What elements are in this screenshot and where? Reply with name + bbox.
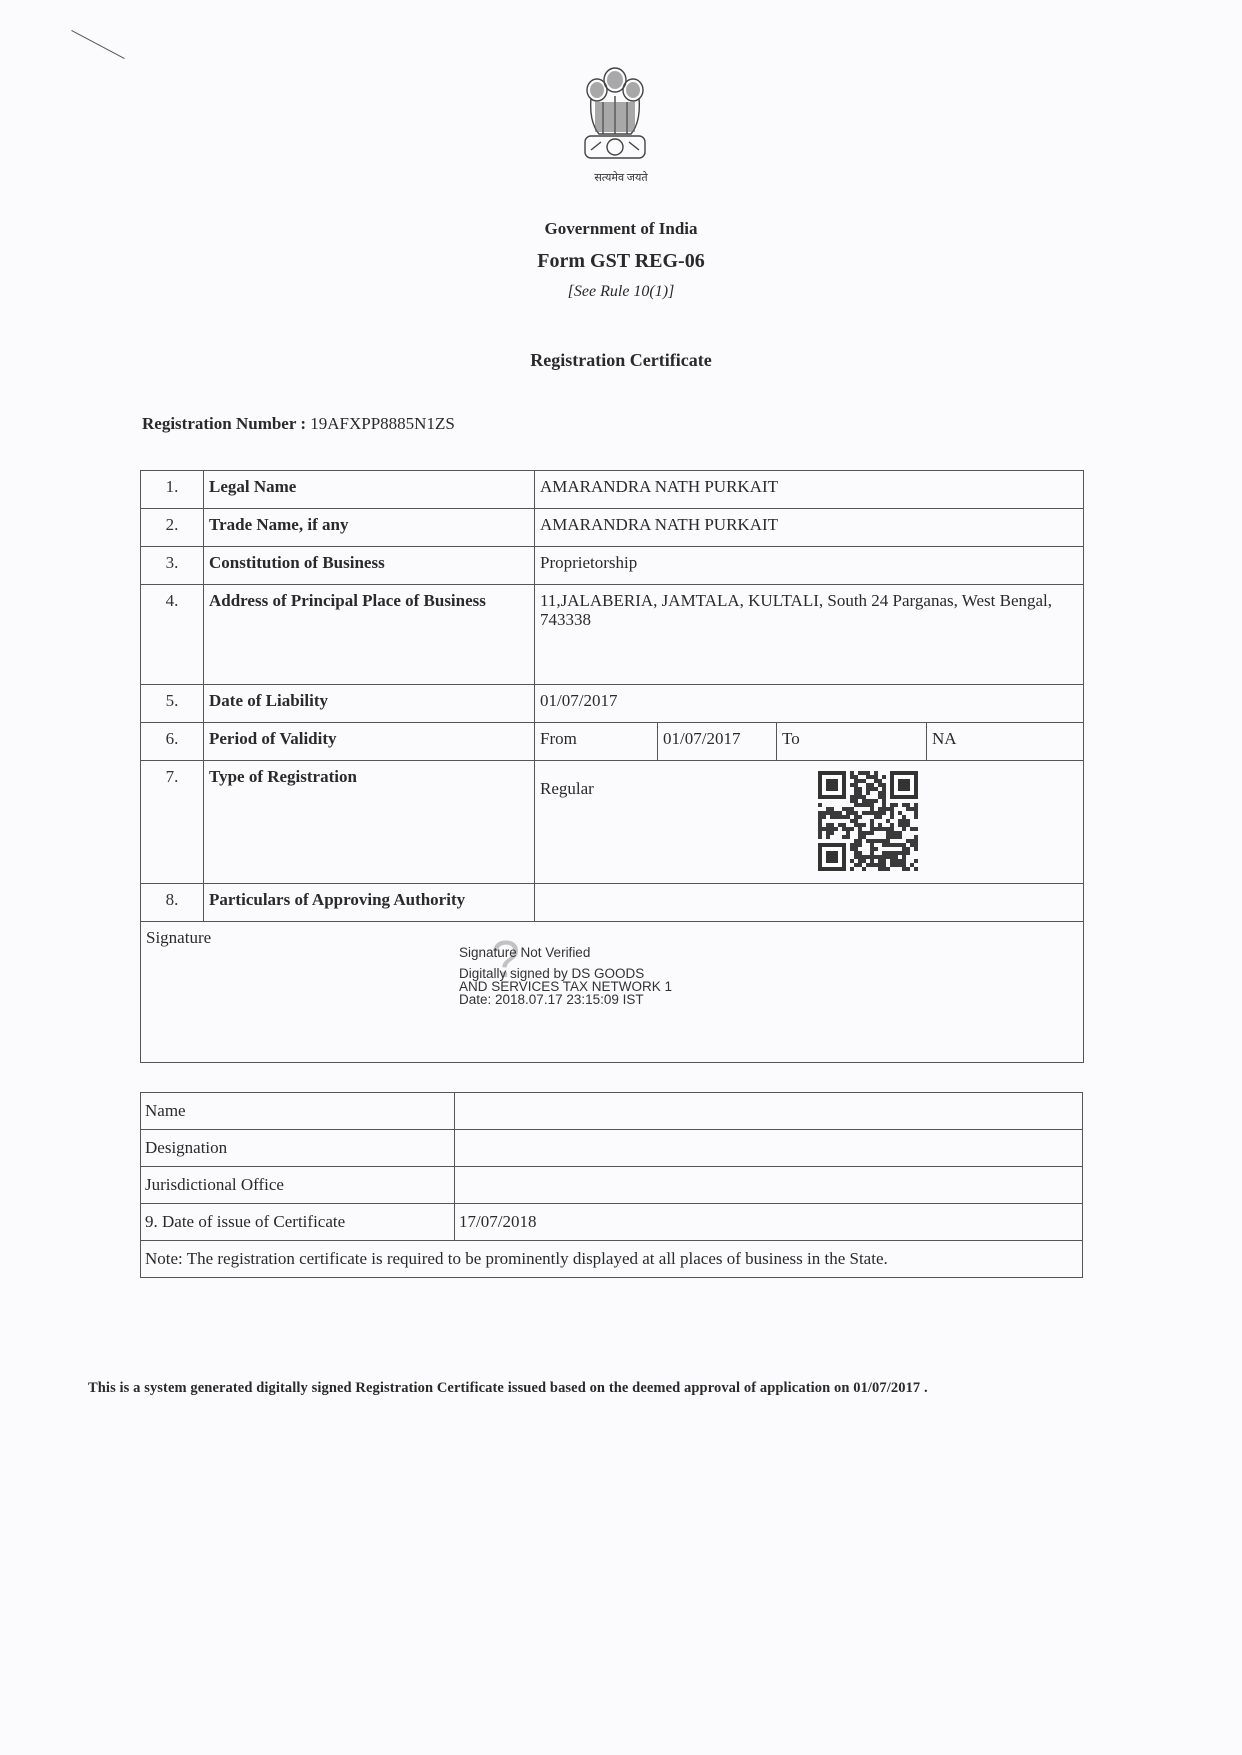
validity-from-value: 01/07/2017: [658, 723, 777, 761]
emblem-motto: सत्यमेव जयते: [0, 170, 1242, 185]
table-row: 6. Period of Validity From 01/07/2017 To…: [141, 723, 1084, 761]
liability-date-value: 01/07/2017: [535, 685, 1084, 723]
rule-reference: [See Rule 10(1)]: [0, 283, 1242, 301]
validity-to-value: NA: [927, 723, 1084, 761]
document-title: Registration Certificate: [0, 350, 1242, 371]
qr-code-icon: [818, 771, 918, 871]
table-row: 3. Constitution of Business Proprietorsh…: [141, 547, 1084, 585]
table-row: 5. Date of Liability 01/07/2017: [141, 685, 1084, 723]
row-number: 8.: [141, 884, 204, 922]
jurisdictional-office-value: [455, 1167, 1083, 1204]
table-row: 2. Trade Name, if any AMARANDRA NATH PUR…: [141, 509, 1084, 547]
government-heading: Government of India: [0, 219, 1242, 239]
trade-name-value: AMARANDRA NATH PURKAIT: [535, 509, 1084, 547]
row-label: Address of Principal Place of Business: [204, 585, 535, 685]
table-row: 7. Type of Registration Regular: [141, 761, 1084, 884]
signature-row: Signature ? Signature Not Verified Digit…: [141, 922, 1084, 1063]
row-label: Type of Registration: [204, 761, 535, 884]
table-row: Note: The registration certificate is re…: [141, 1241, 1083, 1278]
issue-date-value: 17/07/2018: [455, 1204, 1083, 1241]
row-number: 3.: [141, 547, 204, 585]
table-row: 8. Particulars of Approving Authority: [141, 884, 1084, 922]
legal-name-value: AMARANDRA NATH PURKAIT: [535, 471, 1084, 509]
row-label: Trade Name, if any: [204, 509, 535, 547]
signature-cell: Signature ? Signature Not Verified Digit…: [141, 922, 1084, 1063]
row-label: Constitution of Business: [204, 547, 535, 585]
registration-type-value: Regular: [540, 779, 1078, 798]
address-value: 11,JALABERIA, JAMTALA, KULTALI, South 24…: [535, 585, 1084, 685]
validity-from-label: From: [535, 723, 658, 761]
validity-to-label: To: [777, 723, 927, 761]
table-row: Designation: [141, 1130, 1083, 1167]
table-row: Name: [141, 1093, 1083, 1130]
issue-date-label: 9. Date of issue of Certificate: [141, 1204, 455, 1241]
row-number: 2.: [141, 509, 204, 547]
constitution-value: Proprietorship: [535, 547, 1084, 585]
row-number: 1.: [141, 471, 204, 509]
registration-number: Registration Number : 19AFXPP8885N1ZS: [142, 414, 455, 434]
certificate-table: 1. Legal Name AMARANDRA NATH PURKAIT 2. …: [140, 470, 1084, 1063]
system-generated-footer: This is a system generated digitally sig…: [88, 1380, 928, 1397]
jurisdictional-office-label: Jurisdictional Office: [141, 1167, 455, 1204]
designation-value: [455, 1130, 1083, 1167]
signature-label: Signature: [146, 928, 211, 947]
authority-name-label: Name: [141, 1093, 455, 1130]
authority-table: Name Designation Jurisdictional Office 9…: [140, 1092, 1083, 1278]
signature-date: Date: 2018.07.17 23:15:09 IST: [459, 993, 672, 1006]
display-note: Note: The registration certificate is re…: [141, 1241, 1083, 1278]
row-number: 6.: [141, 723, 204, 761]
registration-number-label: Registration Number :: [142, 414, 306, 433]
signature-status: Signature Not Verified: [459, 946, 672, 959]
national-emblem-icon: [577, 62, 653, 170]
registration-type-cell: Regular: [535, 761, 1084, 884]
table-row: Jurisdictional Office: [141, 1167, 1083, 1204]
table-row: 9. Date of issue of Certificate 17/07/20…: [141, 1204, 1083, 1241]
scan-mark: [71, 30, 124, 59]
row-label: Legal Name: [204, 471, 535, 509]
row-number: 4.: [141, 585, 204, 685]
row-label: Date of Liability: [204, 685, 535, 723]
registration-number-value: 19AFXPP8885N1ZS: [310, 414, 455, 433]
row-number: 7.: [141, 761, 204, 884]
authority-name-value: [455, 1093, 1083, 1130]
table-row: 4. Address of Principal Place of Busines…: [141, 585, 1084, 685]
form-title: Form GST REG-06: [0, 250, 1242, 273]
row-number: 5.: [141, 685, 204, 723]
designation-label: Designation: [141, 1130, 455, 1167]
digital-signature-block: Signature Not Verified Digitally signed …: [459, 946, 672, 1006]
row-label: Particulars of Approving Authority: [204, 884, 535, 922]
table-row: 1. Legal Name AMARANDRA NATH PURKAIT: [141, 471, 1084, 509]
row-label: Period of Validity: [204, 723, 535, 761]
approving-authority-value: [535, 884, 1084, 922]
